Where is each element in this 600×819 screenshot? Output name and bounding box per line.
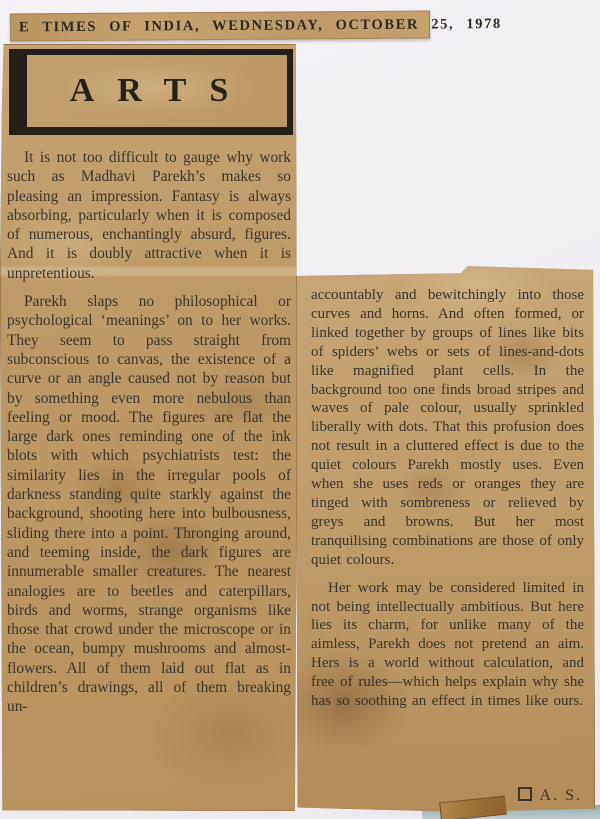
byline: A. S.: [518, 787, 582, 805]
left-column-clipping: ARTS It is not too difficult to gauge wh…: [0, 44, 297, 811]
masthead-text: E TIMES OF INDIA, WEDNESDAY, OCTOBER 25,…: [19, 16, 502, 36]
article-paragraph-2: Parekh slaps no philosophical or psychol…: [7, 292, 291, 717]
section-headline: ARTS: [70, 72, 252, 110]
article-paragraph-3: accountably and bewitchingly into those …: [311, 286, 584, 570]
byline-initials: A. S.: [540, 787, 582, 804]
masthead-strip: E TIMES OF INDIA, WEDNESDAY, OCTOBER 25,…: [10, 11, 430, 42]
right-column-text: accountably and bewitchingly into those …: [311, 286, 584, 711]
left-column-text: It is not too difficult to gauge why wor…: [7, 148, 291, 717]
article-paragraph-4: Her work may be considered limited in no…: [311, 579, 584, 711]
scanned-newspaper-clipping: E TIMES OF INDIA, WEDNESDAY, OCTOBER 25,…: [0, 0, 600, 819]
article-paragraph-1: It is not too difficult to gauge why wor…: [7, 148, 291, 283]
right-column-clipping: accountably and bewitchingly into those …: [296, 265, 595, 813]
byline-square-icon: [518, 787, 532, 801]
arts-headline-box: ARTS: [9, 49, 293, 135]
